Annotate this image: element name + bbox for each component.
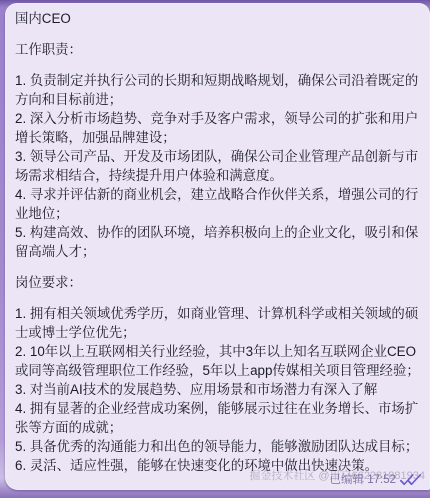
responsibility-item: 3. 领导公司产品、开发及市场团队，确保公司企业管理产品创新与市场需求相结合，持… [15, 147, 424, 185]
requirement-item: 4. 拥有显著的企业经营成功案例，能够展示过往在业务增长、市场扩张等方面的成就； [15, 399, 424, 437]
responsibility-item: 4. 寻求并评估新的商业机会，建立战略合作伙伴关系，增强公司的行业地位； [15, 185, 424, 223]
requirement-item: 3. 对当前AI技术的发展趋势、应用场景和市场潜力有深入了解 [15, 380, 424, 399]
responsibility-item: 1. 负责制定并执行公司的长期和短期战略规划，确保公司沿着既定的方向和目标前进； [15, 71, 424, 109]
double-check-icon [400, 473, 422, 486]
section-heading-requirements: 岗位要求： [15, 273, 424, 292]
message-title: 国内CEO [15, 9, 424, 28]
responsibility-item: 5. 构建高效、协作的团队环境，培养积极向上的企业文化，吸引和保留高端人才； [15, 223, 424, 261]
blank-line [15, 261, 424, 273]
requirement-item: 5. 具备优秀的沟通能力和出色的领导能力，能够激励团队达成目标； [15, 437, 424, 456]
edited-time-label: 已编辑 17:52 [330, 471, 396, 487]
section-heading-responsibilities: 工作职责： [15, 40, 424, 59]
chat-wallpaper: 国内CEO 工作职责： 1. 负责制定并执行公司的长期和短期战略规划，确保公司沿… [0, 0, 430, 498]
message-text: 国内CEO 工作职责： 1. 负责制定并执行公司的长期和短期战略规划，确保公司沿… [15, 9, 424, 475]
blank-line [15, 28, 424, 40]
message-bubble[interactable]: 国内CEO 工作职责： 1. 负责制定并执行公司的长期和短期战略规划，确保公司沿… [5, 3, 430, 490]
blank-line [15, 292, 424, 304]
blank-line [15, 59, 424, 71]
responsibility-item: 2. 深入分析市场趋势、竞争对手及客户需求，领导公司的扩张和用户增长策略，加强品… [15, 109, 424, 147]
requirement-item: 2. 10年以上互联网相关行业经验，其中3年以上知名互联网企业CEO或同等高级管… [15, 342, 424, 380]
message-meta: 已编辑 17:52 [330, 471, 422, 487]
requirement-item: 1. 拥有相关领域优秀学历，如商业管理、计算机科学或相关领域的硕士或博士学位优先… [15, 304, 424, 342]
